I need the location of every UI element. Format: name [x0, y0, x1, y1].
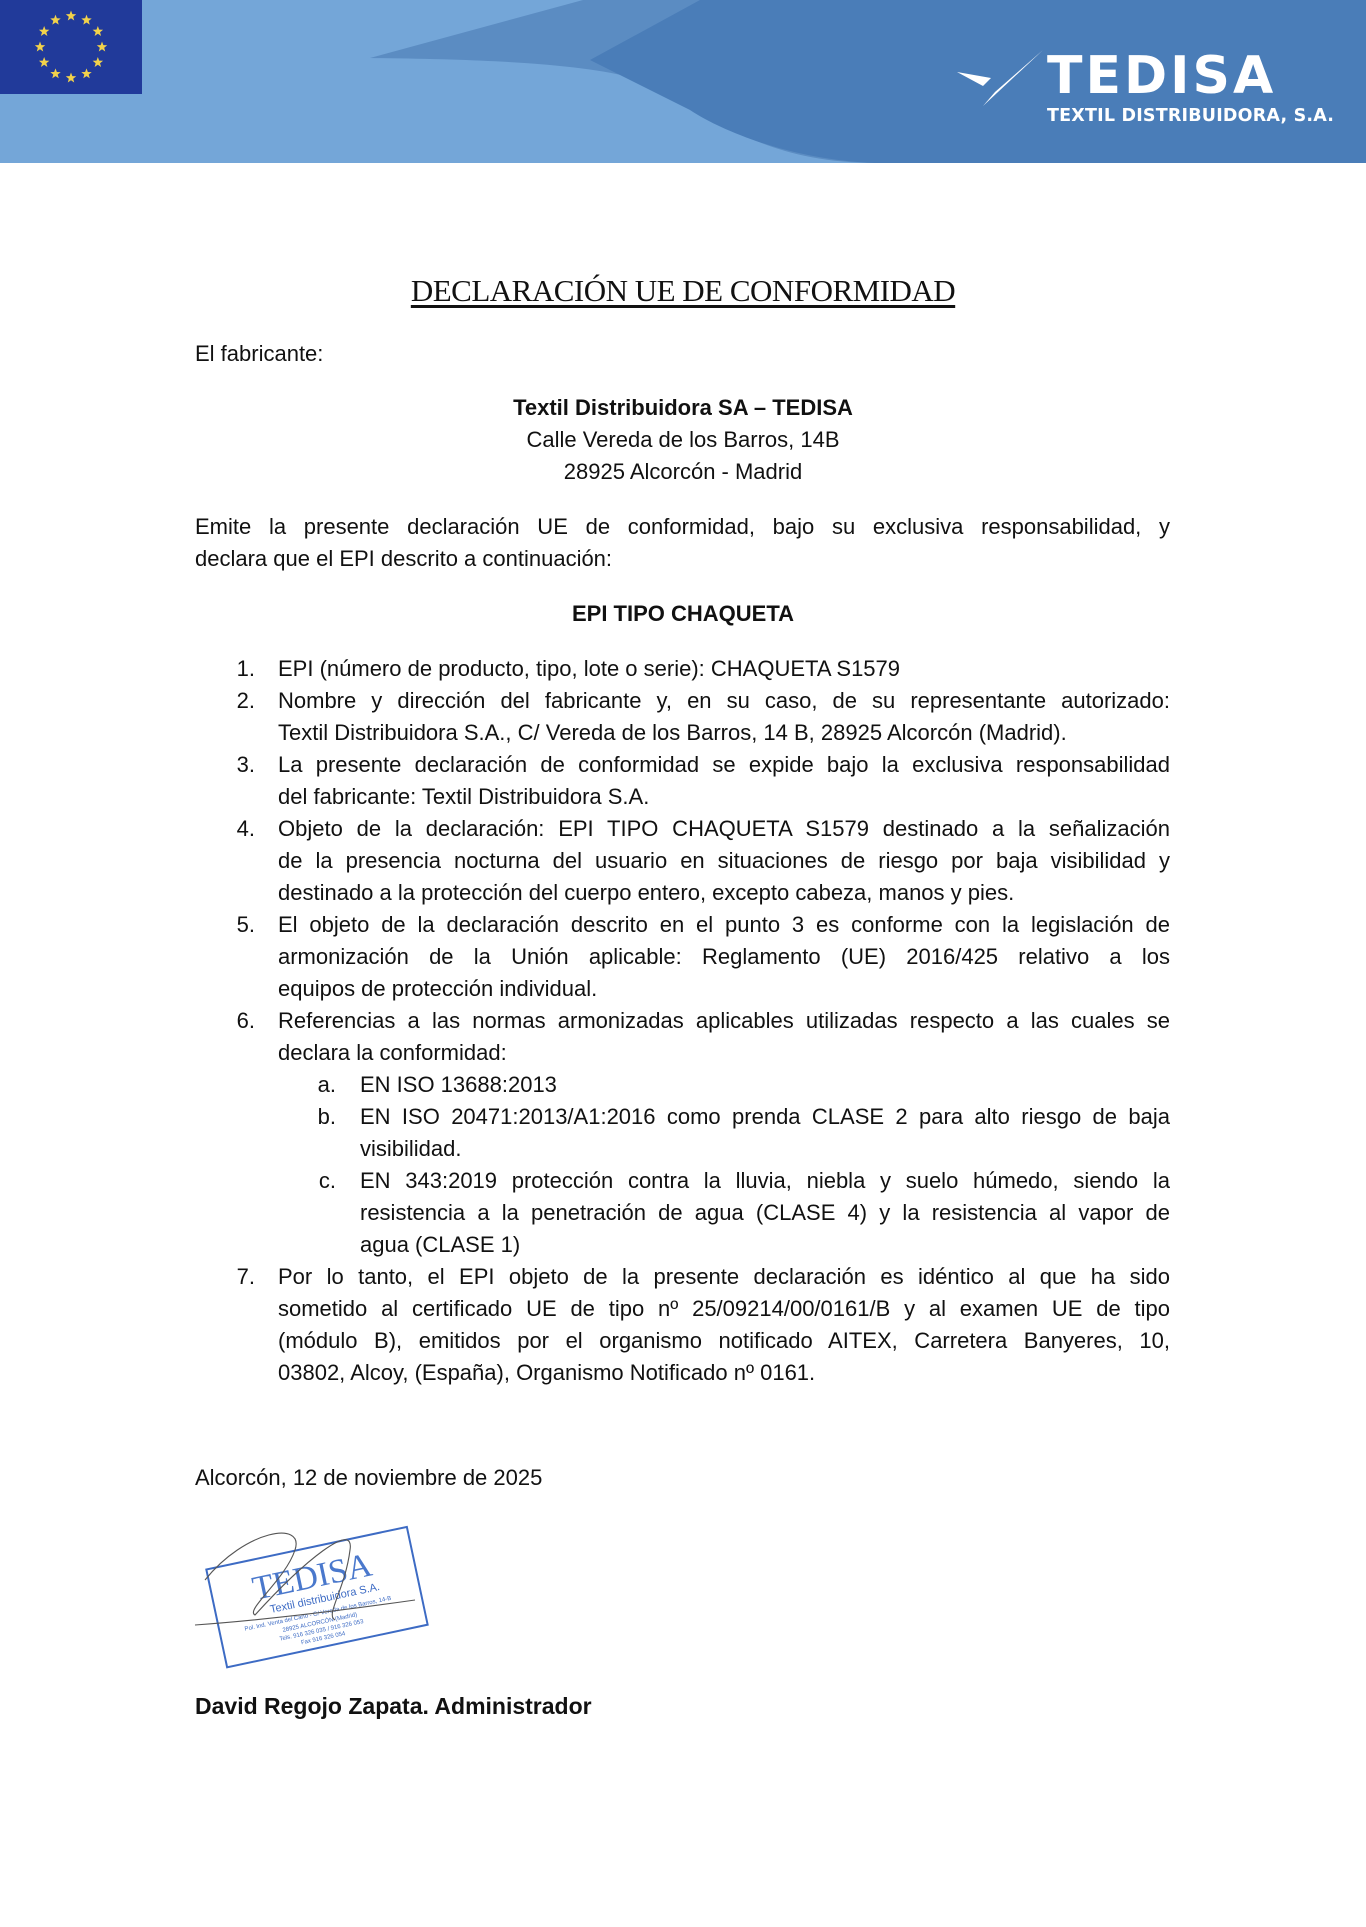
list-item-line: El objeto de la declaración descrito en … [278, 909, 1170, 941]
list-item-line: Objeto de la declaración: EPI TIPO CHAQU… [278, 813, 1170, 845]
manufacturer-city: 28925 Alcorcón - Madrid [0, 456, 1366, 488]
list-item-line: Nombre y dirección del fabricante y, en … [278, 685, 1170, 717]
list-item-line: armonización de la Unión aplicable: Regl… [278, 941, 1170, 973]
logo-subtitle: TEXTIL DISTRIBUIDORA, S.A. [1047, 106, 1334, 126]
list-item-line: Referencias a las normas armonizadas apl… [278, 1005, 1170, 1037]
list-item-line: sometido al certificado UE de tipo nº 25… [278, 1293, 1170, 1325]
list-item-line: 03802, Alcoy, (España), Organismo Notifi… [278, 1357, 1170, 1389]
list-item: EPI (número de producto, tipo, lote o se… [278, 653, 1170, 685]
list-item-line: (módulo B), emitidos por el organismo no… [278, 1325, 1170, 1357]
signer-name: David Regojo Zapata. Administrador [195, 1693, 592, 1720]
sub-list-item: EN 343:2019 protección contra la lluvia,… [360, 1165, 1170, 1261]
list-item-line: de la presencia nocturna del usuario en … [278, 845, 1170, 877]
intro-line: declara que el EPI descrito a continuaci… [195, 543, 1170, 575]
place-date: Alcorcón, 12 de noviembre de 2025 [195, 1462, 542, 1494]
list-item-line: equipos de protección individual. [278, 973, 1170, 1005]
sub-list-item-line: EN ISO 20471:2013/A1:2016 como prenda CL… [360, 1101, 1170, 1133]
list-item: Referencias a las normas armonizadas apl… [278, 1005, 1170, 1069]
document-title: DECLARACIÓN UE DE CONFORMIDAD [0, 273, 1366, 309]
letterhead: TEDISA TEXTIL DISTRIBUIDORA, S.A. [0, 0, 1366, 220]
intro-paragraph: Emite la presente declaración UE de conf… [195, 511, 1170, 575]
list-item-line: Por lo tanto, el EPI objeto de la presen… [278, 1261, 1170, 1293]
list-item: El objeto de la declaración descrito en … [278, 909, 1170, 1005]
sub-list-item-number: a. [306, 1069, 336, 1101]
company-stamp: TEDISA Textil distribuidora S.A. Pol. In… [185, 1520, 440, 1670]
sub-list-item-line: EN ISO 13688:2013 [360, 1069, 1170, 1101]
list-item-line: La presente declaración de conformidad s… [278, 749, 1170, 781]
manufacturer-label: El fabricante: [195, 338, 323, 370]
list-item: Nombre y dirección del fabricante y, en … [278, 685, 1170, 749]
manufacturer-name: Textil Distribuidora SA – TEDISA [0, 392, 1366, 424]
eu-flag-icon [0, 0, 142, 94]
list-item-line: EPI (número de producto, tipo, lote o se… [278, 653, 1170, 685]
manufacturer-street: Calle Vereda de los Barros, 14B [0, 424, 1366, 456]
list-item-line: Textil Distribuidora S.A., C/ Vereda de … [278, 717, 1170, 749]
list-item: La presente declaración de conformidad s… [278, 749, 1170, 813]
list-item-number: 4. [225, 813, 255, 845]
sub-list-item-line: EN 343:2019 protección contra la lluvia,… [360, 1165, 1170, 1197]
list-item-number: 2. [225, 685, 255, 717]
sub-list-item-line: agua (CLASE 1) [360, 1229, 1170, 1261]
sub-list-item-line: visibilidad. [360, 1133, 1170, 1165]
list-item-line: destinado a la protección del cuerpo ent… [278, 877, 1170, 909]
tedisa-logo: TEDISA TEXTIL DISTRIBUIDORA, S.A. [955, 48, 1315, 138]
sub-list-item-line: resistencia a la penetración de agua (CL… [360, 1197, 1170, 1229]
sub-list-item: EN ISO 20471:2013/A1:2016 como prenda CL… [360, 1101, 1170, 1165]
sub-list-item-number: c. [306, 1165, 336, 1197]
sub-list-item: EN ISO 13688:2013 [360, 1069, 1170, 1101]
sub-list-item-number: b. [306, 1101, 336, 1133]
list-item-number: 6. [225, 1005, 255, 1037]
list-item-line: del fabricante: Textil Distribuidora S.A… [278, 781, 1170, 813]
intro-line: Emite la presente declaración UE de conf… [195, 511, 1170, 543]
list-item: Por lo tanto, el EPI objeto de la presen… [278, 1261, 1170, 1389]
list-item-number: 1. [225, 653, 255, 685]
list-item-number: 5. [225, 909, 255, 941]
logo-wordmark: TEDISA [1047, 48, 1276, 104]
list-item-line: declara la conformidad: [278, 1037, 1170, 1069]
list-item-number: 3. [225, 749, 255, 781]
list-item-number: 7. [225, 1261, 255, 1293]
checkmark-icon [955, 48, 1045, 128]
product-heading: EPI TIPO CHAQUETA [0, 598, 1366, 630]
list-item: Objeto de la declaración: EPI TIPO CHAQU… [278, 813, 1170, 909]
